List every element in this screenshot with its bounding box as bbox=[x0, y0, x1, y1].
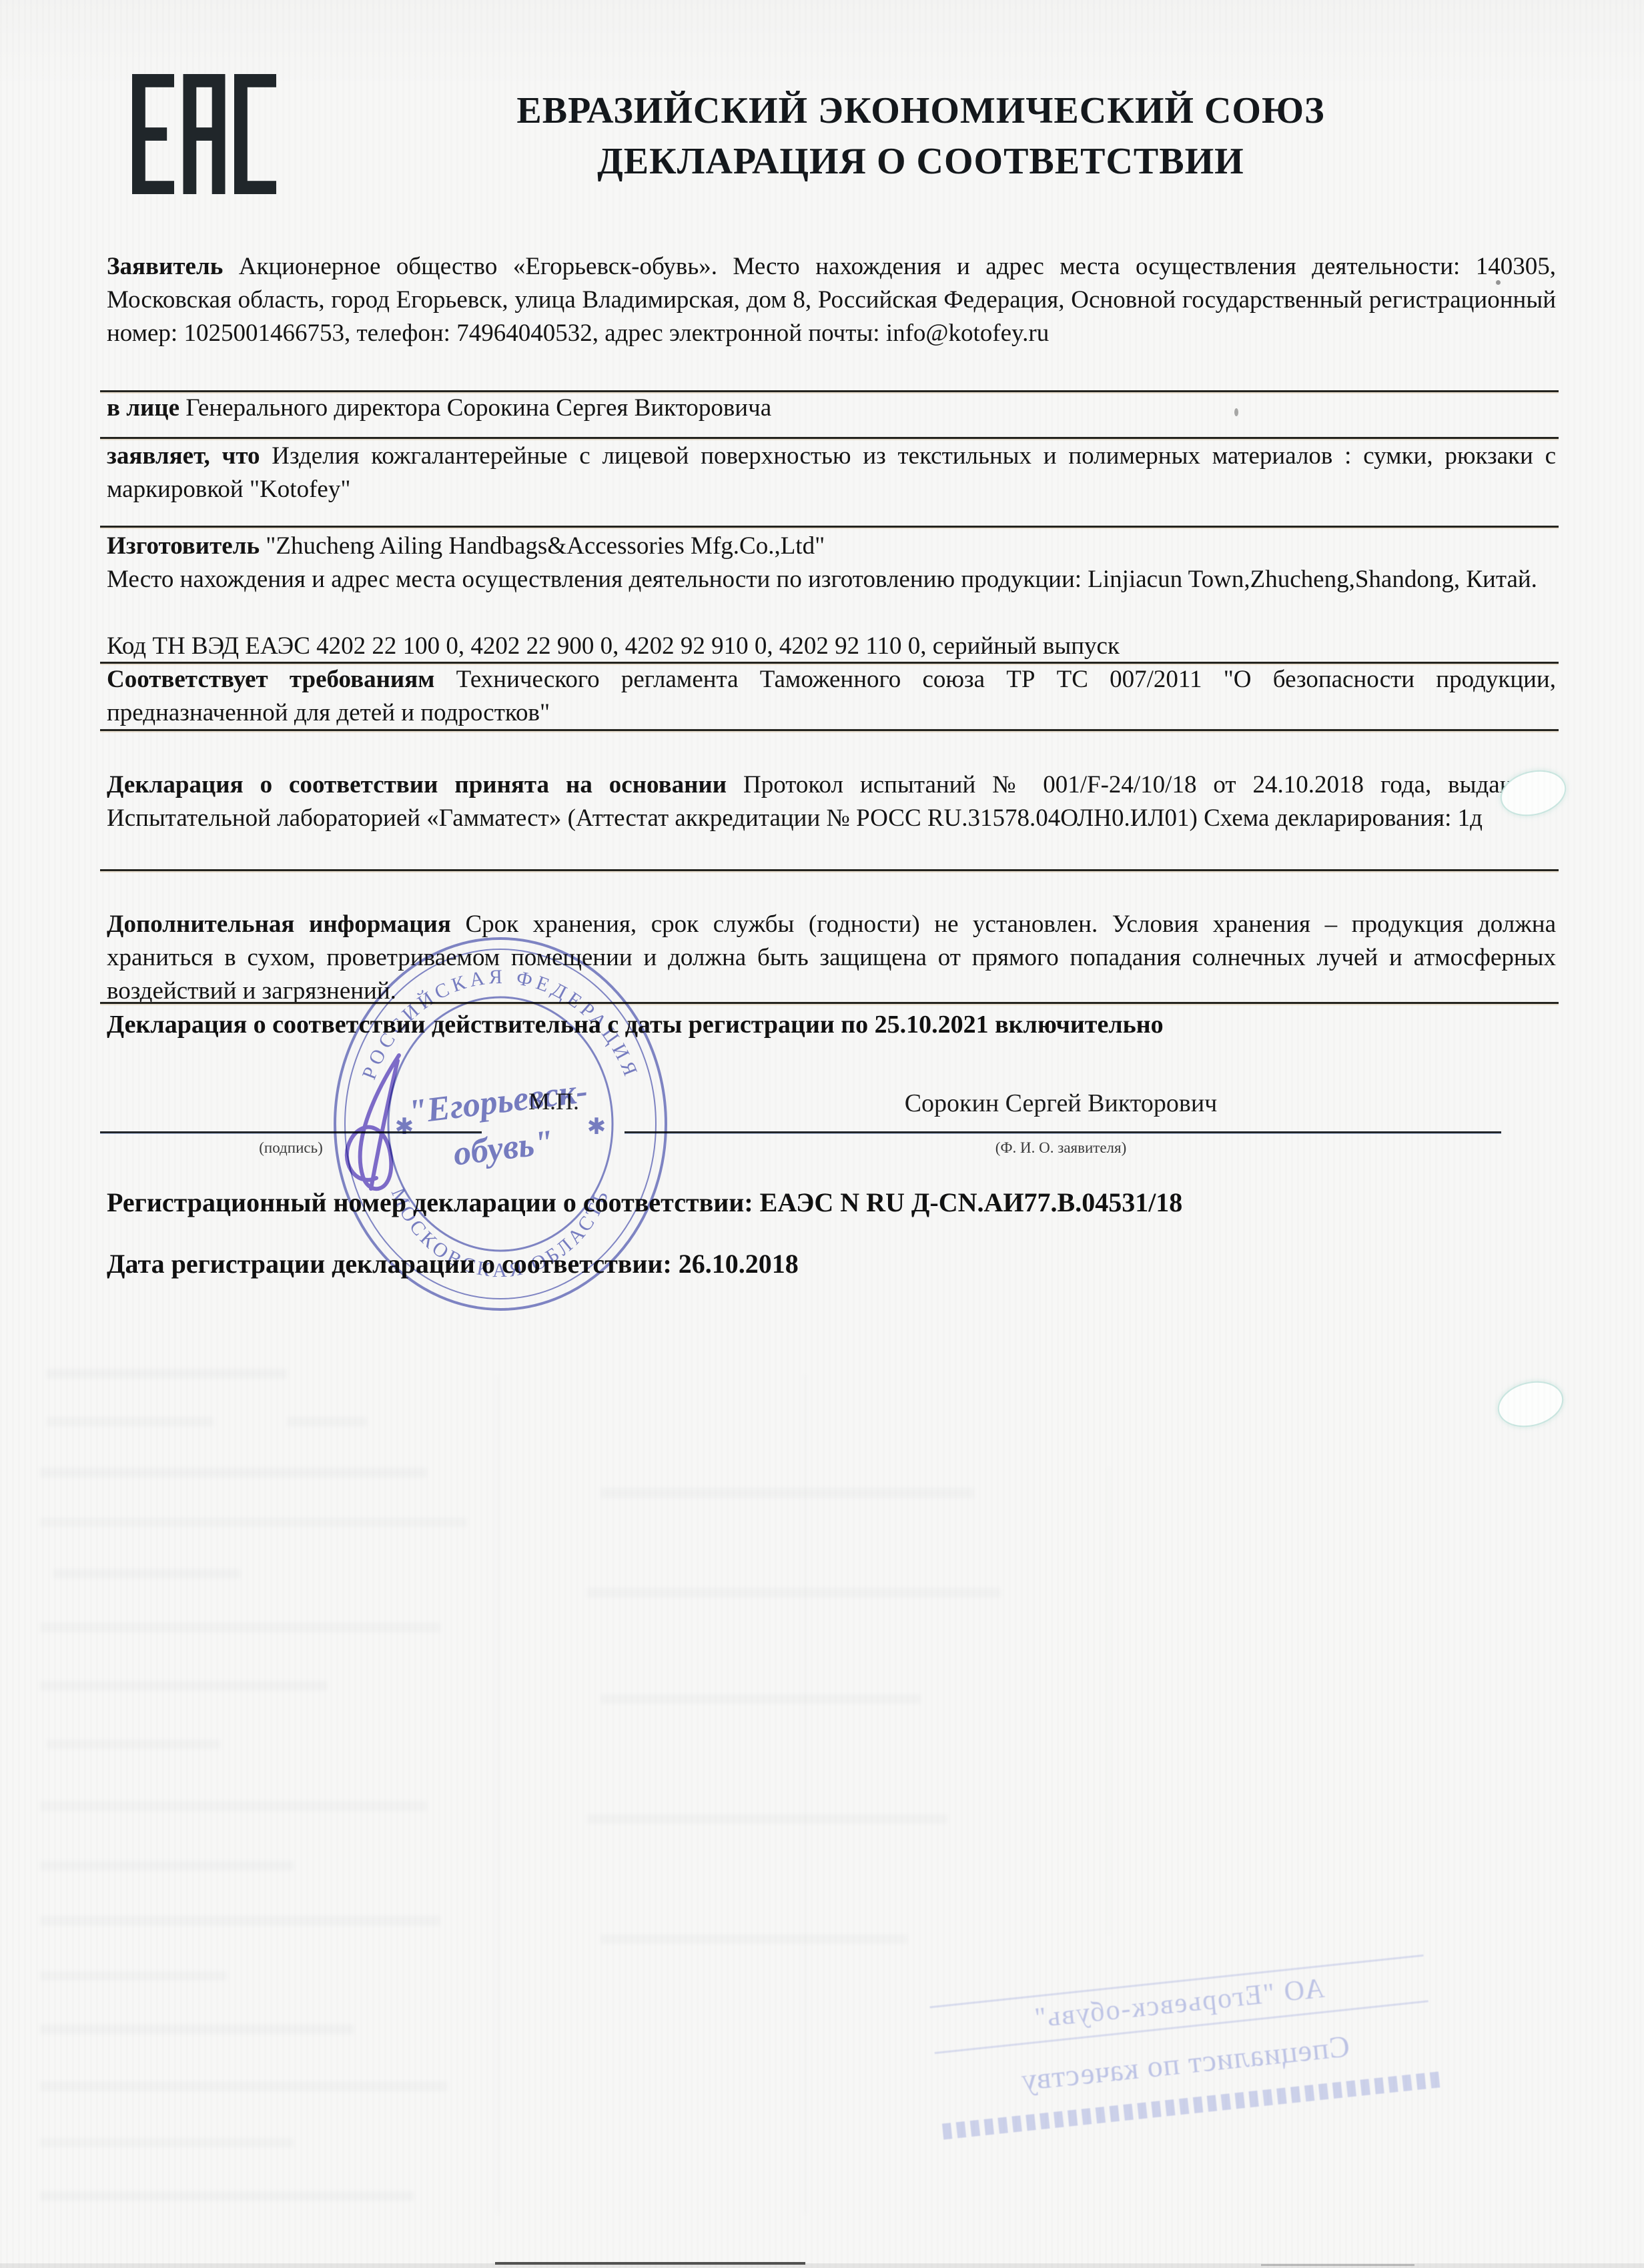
tn-ved-line: Код ТН ВЭД ЕАЭС 4202 22 100 0, 4202 22 9… bbox=[107, 630, 1556, 663]
handwritten-signature bbox=[299, 1046, 459, 1206]
complies-paragraph: Соответствует требованиям Технического р… bbox=[107, 663, 1556, 730]
divider-rule bbox=[100, 526, 1559, 528]
divider-rule bbox=[100, 729, 1559, 731]
applicant-label: Заявитель bbox=[107, 253, 223, 280]
in-person-label: в лице bbox=[107, 394, 179, 422]
complies-label: Соответствует требованиям bbox=[107, 666, 434, 693]
manufacturer-paragraph: Изготовитель "Zhucheng Ailing Handbags&A… bbox=[107, 530, 1556, 563]
declaration-document-page: ЕВРАЗИЙСКИЙ ЭКОНОМИЧЕСКИЙ СОЮЗ ДЕКЛАРАЦИ… bbox=[0, 0, 1644, 2268]
fullname-caption: (Ф. И. О. заявителя) bbox=[727, 1139, 1394, 1157]
validity-line: Декларация о соответствии действительна … bbox=[107, 1010, 1556, 1039]
additional-info-paragraph: Дополнительная информация Срок хранения,… bbox=[107, 908, 1556, 1008]
applicant-fullname: Сорокин Сергей Викторович bbox=[727, 1089, 1394, 1118]
in-person-paragraph: в лице Генерального директора Сорокина С… bbox=[107, 392, 1556, 425]
basis-label: Декларация о соответствии принята на осн… bbox=[107, 771, 727, 798]
title-line-2: ДЕКЛАРАЦИЯ О СООТВЕТСТВИИ bbox=[347, 136, 1495, 187]
scan-edge-shadow bbox=[0, 2263, 1644, 2268]
divider-rule bbox=[100, 1002, 1559, 1004]
manufacturer-label: Изготовитель bbox=[107, 532, 260, 560]
manufacturer-address: Место нахождения и адрес места осуществл… bbox=[107, 563, 1556, 596]
applicant-paragraph: Заявитель Акционерное общество «Егорьевс… bbox=[107, 250, 1556, 350]
signature-stroke-icon bbox=[299, 1046, 459, 1206]
punch-hole-mark bbox=[1493, 1375, 1569, 1434]
title-line-1: ЕВРАЗИЙСКИЙ ЭКОНОМИЧЕСКИЙ СОЮЗ bbox=[347, 85, 1495, 136]
stamp-center-line2: обувь" bbox=[451, 1123, 555, 1173]
back-side-stamp-mirrored: АО "Егорьевск-обувь" Специалист по качес… bbox=[923, 1947, 1449, 2199]
document-title: ЕВРАЗИЙСКИЙ ЭКОНОМИЧЕСКИЙ СОЮЗ ДЕКЛАРАЦИ… bbox=[347, 85, 1495, 187]
eac-logo bbox=[132, 71, 276, 201]
manufacturer-name: "Zhucheng Ailing Handbags&Accessories Mf… bbox=[260, 532, 825, 560]
stamp-star-right: ✱ bbox=[587, 1115, 606, 1139]
basis-paragraph: Декларация о соответствии принята на осн… bbox=[107, 768, 1556, 835]
scan-speck bbox=[1234, 408, 1238, 416]
scan-speck bbox=[1496, 280, 1501, 285]
fullname-line bbox=[625, 1131, 1501, 1133]
declares-paragraph: заявляет, что Изделия кожгалантерейные с… bbox=[107, 440, 1556, 506]
divider-rule bbox=[100, 869, 1559, 871]
declares-label: заявляет, что bbox=[107, 442, 260, 470]
divider-rule bbox=[100, 437, 1559, 439]
in-person-text: Генерального директора Сорокина Сергея В… bbox=[179, 394, 771, 422]
declares-text: Изделия кожгалантерейные с лицевой повер… bbox=[107, 442, 1556, 503]
applicant-text: Акционерное общество «Егорьевск-обувь». … bbox=[107, 253, 1556, 347]
registration-date-line: Дата регистрации декларации о соответств… bbox=[107, 1248, 1556, 1279]
eac-mark-icon bbox=[132, 71, 276, 197]
